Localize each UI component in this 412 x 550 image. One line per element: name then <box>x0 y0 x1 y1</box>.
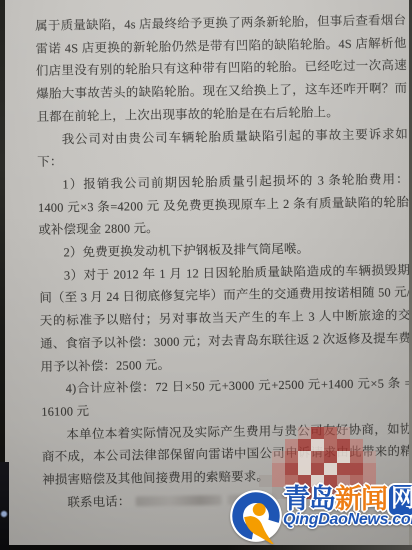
stamp-pixel <box>259 463 272 475</box>
stamp-pixel <box>285 439 298 451</box>
paragraph-text: 4)合计应补偿：72 日×50 元+3000 元+2500 元+1400 元×5… <box>41 376 412 419</box>
stamp-pixel <box>272 427 285 439</box>
paragraph: 4)合计应补偿：72 日×50 元+3000 元+2500 元+1400 元×5… <box>41 372 412 423</box>
stamp-pixel <box>272 439 285 451</box>
paragraph-text: 我公司对由贵公司车辆轮胎质量缺陷引起的事故主要诉求如下： <box>37 127 408 170</box>
stamp-pixel <box>259 439 272 451</box>
stamp-pixel <box>337 439 350 451</box>
paragraph-text: 属于质量缺陷，4s 店最终给予更换了两条新轮胎，但事后查看烟台雷诺 4S 店更换… <box>35 13 407 124</box>
stamp-pixel <box>298 427 311 439</box>
qingdaonews-url: QingDaoNews.com <box>283 511 412 529</box>
stamp-pixel <box>350 439 363 451</box>
site-name-qingdao: 青岛 <box>283 484 335 514</box>
stamp-pixel <box>337 463 350 475</box>
stamp-pixel <box>337 427 350 439</box>
stamp-pixel <box>285 451 298 463</box>
stamp-pixel <box>324 463 337 475</box>
photo-left-bottom-edge <box>0 462 9 550</box>
stamp-pixel <box>311 439 324 451</box>
site-name-xinwen: 新闻 <box>335 484 387 514</box>
paragraph: 1）报销我公司前期因轮胎质量引起损坏的 3 条轮胎费用：1400 元×3 条=4… <box>38 168 410 242</box>
paragraph: 3）对于 2012 年 1 月 12 日因轮胎质量缺陷造成的车辆损毁期间（至 3… <box>39 259 412 378</box>
stamp-pixel <box>272 451 285 463</box>
stamp-pixel <box>363 463 376 475</box>
stamp-pixel <box>298 463 311 475</box>
stamp-pixel <box>363 439 376 451</box>
stamp-pixel <box>363 427 376 439</box>
qingdaonews-logo-icon <box>228 488 284 544</box>
stamp-pixel <box>376 439 389 451</box>
paragraph-text: 2）免费更换发动机下护钢板及排气筒尾喉。 <box>63 242 309 260</box>
stamp-pixel <box>311 451 324 463</box>
stamp-pixel <box>350 463 363 475</box>
paragraph-text: 3）对于 2012 年 1 月 12 日因轮胎质量缺陷造成的车辆损毁期间（至 3… <box>39 263 411 374</box>
stamp-pixel <box>311 463 324 475</box>
stamp-pixel <box>311 427 324 439</box>
stamp-pixel <box>259 451 272 463</box>
stamp-pixel <box>324 451 337 463</box>
paragraph-text: 联系电话： <box>67 494 130 509</box>
stamp-pixel <box>350 427 363 439</box>
stamp-pixel <box>337 451 350 463</box>
stamp-pixel <box>272 463 285 475</box>
stamp-pixel <box>285 427 298 439</box>
stamp-pixel <box>298 451 311 463</box>
stamp-pixel <box>324 427 337 439</box>
stamp-pixel <box>376 427 389 439</box>
stamp-pixel <box>376 463 389 475</box>
paragraph-text: 1）报销我公司前期因轮胎质量引起损坏的 3 条轮胎费用：1400 元×3 条=4… <box>38 172 409 237</box>
stamp-pixel <box>259 427 272 439</box>
photo-bottom-edge <box>0 545 412 550</box>
qingdaonews-watermark: 青岛新闻网 QingDaoNews.com <box>228 484 412 544</box>
stamp-pixel <box>324 439 337 451</box>
stamp-pixel <box>376 451 389 463</box>
stamp-pixel <box>285 463 298 475</box>
stamp-pixel <box>350 451 363 463</box>
paragraph: 属于质量缺陷，4s 店最终给予更换了两条新轮胎，但事后查看烟台雷诺 4S 店更换… <box>35 9 408 128</box>
paragraph: 我公司对由贵公司车辆轮胎质量缺陷引起的事故主要诉求如下： <box>37 123 409 174</box>
qingdaonews-watermark-text: 青岛新闻网 QingDaoNews.com <box>283 484 412 529</box>
stamp-pixel <box>298 439 311 451</box>
redacted-phone-number <box>135 495 221 506</box>
document-photo: 属于质量缺陷，4s 店最终给予更换了两条新轮胎，但事后查看烟台雷诺 4S 店更换… <box>0 0 412 550</box>
stamp-pixel <box>363 451 376 463</box>
